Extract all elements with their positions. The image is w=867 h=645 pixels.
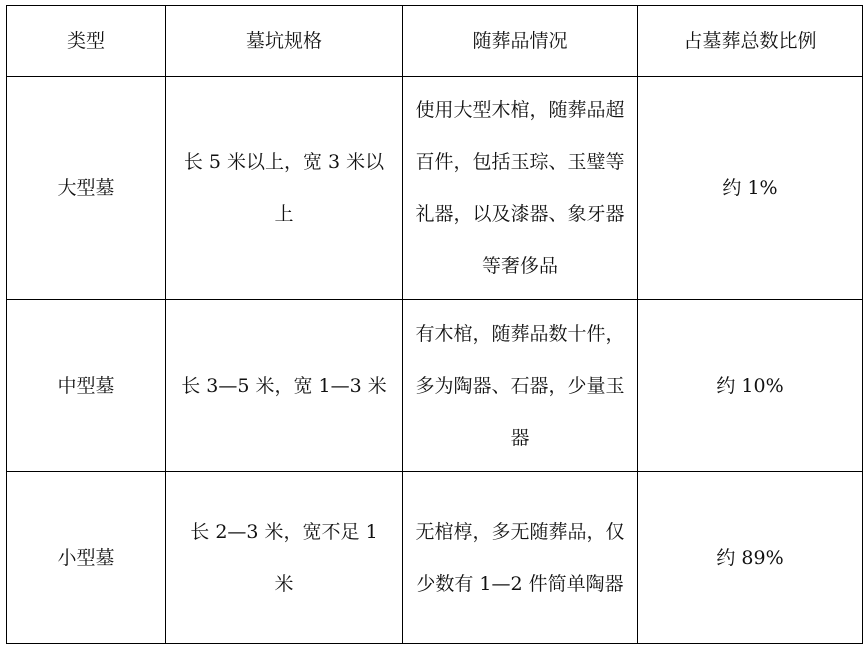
cell-type: 大型墓 [7,77,166,300]
header-type: 类型 [7,6,166,77]
table-row-small: 小型墓 长 2—3 米，宽不足 1 米 无棺椁，多无随葬品，仅少数有 1—2 件… [7,472,863,644]
cell-type: 中型墓 [7,300,166,472]
cell-goods: 有木棺，随葬品数十件，多为陶器、石器，少量玉器 [403,300,638,472]
cell-spec: 长 2—3 米，宽不足 1 米 [166,472,403,644]
cell-type: 小型墓 [7,472,166,644]
cell-goods: 无棺椁，多无随葬品，仅少数有 1—2 件简单陶器 [403,472,638,644]
cell-ratio: 约 1% [638,77,863,300]
cell-spec: 长 3—5 米，宽 1—3 米 [166,300,403,472]
cell-spec: 长 5 米以上，宽 3 米以上 [166,77,403,300]
cell-ratio: 约 89% [638,472,863,644]
table-row-large: 大型墓 长 5 米以上，宽 3 米以上 使用大型木棺，随葬品超百件，包括玉琮、玉… [7,77,863,300]
cell-ratio: 约 10% [638,300,863,472]
table-row-medium: 中型墓 长 3—5 米，宽 1—3 米 有木棺，随葬品数十件，多为陶器、石器，少… [7,300,863,472]
header-spec: 墓坑规格 [166,6,403,77]
header-row: 类型 墓坑规格 随葬品情况 占墓葬总数比例 [7,6,863,77]
tomb-classification-table: 类型 墓坑规格 随葬品情况 占墓葬总数比例 大型墓 长 5 米以上，宽 3 米以… [6,5,863,644]
header-ratio: 占墓葬总数比例 [638,6,863,77]
header-goods: 随葬品情况 [403,6,638,77]
cell-goods: 使用大型木棺，随葬品超百件，包括玉琮、玉璧等礼器，以及漆器、象牙器等奢侈品 [403,77,638,300]
